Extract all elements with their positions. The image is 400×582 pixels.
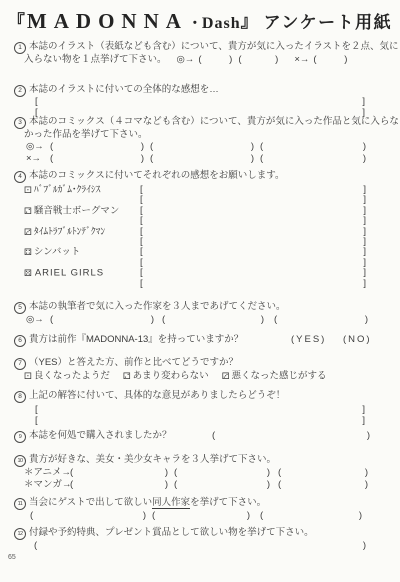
questionnaire-page: 『MADONNA・Dash』アンケート用紙 1本誌のイラスト（表紙なども含む）に…: [0, 0, 400, 582]
answer-line: []: [140, 258, 366, 268]
page-title: 『MADONNA・Dash』アンケート用紙: [0, 7, 400, 34]
comic-title: 騒音戦士ボーグマン: [34, 205, 120, 216]
die-1-icon: ⚀: [24, 371, 32, 381]
good-mark: ◎→: [26, 141, 46, 153]
answer-blank: (): [152, 510, 250, 522]
question-number: 6: [14, 335, 26, 347]
question-12: 12付録や予約特典、プレゼント賞品として欲しい物を挙げて下さい。 (): [0, 527, 400, 552]
answer-blank: (): [313, 54, 347, 66]
title-subname: Dash: [202, 15, 241, 32]
answer-line: []: [140, 227, 366, 237]
question-5-text: 5本誌の執筆者で気に入った作家を３人まであげてください。: [0, 301, 400, 314]
title-open-quote: 『: [8, 12, 25, 31]
answer-blank: (): [274, 314, 368, 326]
answer-line: []: [140, 185, 366, 195]
yes-option: (YES): [291, 334, 326, 345]
question-10: 10貴方が好きな、美女・美少女キャラを３人挙げて下さい。 ＊アニメ→ () ()…: [0, 454, 400, 490]
question-2: 2本誌のイラストに付いての全体的な感想を… [] []: [0, 84, 400, 118]
comic-entry: ⚂ﾀｲﾑﾄﾗﾌﾞﾙﾄﾝﾃﾞｸﾏﾝ []: [0, 227, 400, 237]
question-11-text: 11当会にゲストで出して欲しい同人作家を挙げて下さい。: [0, 497, 400, 510]
answer-line: []: [140, 237, 366, 247]
question-12-text: 12付録や予約特典、プレゼント賞品として欲しい物を挙げて下さい。: [0, 527, 400, 540]
question-7-text: 7（YES）と答えた方、前作と比べてどうですか？: [0, 357, 400, 370]
answer-line: []: [35, 416, 365, 427]
comic-title: ARIEL GIRLS: [35, 268, 104, 279]
answer-line: []: [140, 268, 366, 278]
answer-line: []: [140, 195, 366, 205]
comic-entry: ⚄ARIEL GIRLS []: [0, 268, 400, 278]
question-number: 5: [14, 302, 26, 314]
page-number: 65: [8, 554, 16, 561]
title-separator: ・: [188, 15, 202, 31]
comic-title: ﾀｲﾑﾄﾗﾌﾞﾙﾄﾝﾃﾞｸﾏﾝ: [34, 226, 105, 237]
answer-line: []: [35, 405, 365, 416]
answer-blank: (): [50, 153, 144, 165]
question-number: 7: [14, 358, 26, 370]
die-2-icon: ⚁: [24, 206, 32, 216]
question-1-text: 1本誌のイラスト（表紙なども含む）について、貴方が気に入ったイラストを２点、気に: [0, 41, 400, 54]
bad-mark: ×→: [294, 54, 309, 66]
answer-blank: (): [150, 141, 254, 153]
answer-blank: (): [34, 540, 366, 552]
question-11: 11当会にゲストで出して欲しい同人作家を挙げて下さい。 () () (): [0, 497, 400, 522]
answer-line: []: [140, 216, 366, 226]
answer-blank: (): [150, 153, 254, 165]
question-number: 2: [14, 85, 26, 97]
answer-blank: (): [278, 467, 368, 479]
option-same: ⚁あまり変わらない: [123, 370, 209, 383]
answer-blank: (): [70, 467, 168, 479]
die-1-icon: ⚀: [24, 185, 32, 195]
manga-row-label: ＊マンガ→: [24, 479, 70, 491]
question-9: 9本誌を何処で購入されましたか？ (): [0, 430, 400, 442]
answer-blank: (): [162, 314, 264, 326]
answer-blank: (): [260, 510, 362, 522]
comic-entry: ⚁騒音戦士ボーグマン []: [0, 206, 400, 216]
question-7: 7（YES）と答えた方、前作と比べてどうですか？ ⚀良くなったようだ ⚁あまり変…: [0, 357, 400, 383]
answer-blank: (): [70, 479, 168, 491]
die-3-icon: ⚂: [222, 371, 230, 381]
question-3-text-line2: かった作品を挙げて下さい。: [0, 129, 400, 141]
comic-entry: ⚀ﾊﾞﾌﾞﾙｶﾞﾑ･ｸﾗｲｼｽ []: [0, 185, 400, 195]
question-number: 8: [14, 391, 26, 403]
question-3: 3本誌のコミックス（４コマなども含む）について、貴方が気に入った作品と気に入らな…: [0, 116, 400, 164]
comic-entry: ⚃シンバット []: [0, 247, 400, 257]
answer-blank: (): [260, 153, 366, 165]
comic-title: ﾊﾞﾌﾞﾙｶﾞﾑ･ｸﾗｲｼｽ: [34, 185, 101, 196]
good-mark: ◎→: [26, 314, 46, 326]
question-number: 9: [14, 431, 26, 443]
question-1-text-line2: 入らない物を１点挙げて下さい。: [24, 54, 167, 66]
question-4: 4本誌のコミックスに付いてそれぞれの感想をお願いします。 ⚀ﾊﾞﾌﾞﾙｶﾞﾑ･ｸ…: [0, 170, 400, 289]
question-number: 10: [14, 455, 26, 467]
die-2-icon: ⚁: [123, 371, 131, 381]
die-4-icon: ⚃: [24, 247, 32, 257]
answer-blank: (): [212, 430, 370, 441]
answer-line: []: [140, 206, 366, 216]
title-name: MADONNA: [27, 9, 188, 33]
option-worse: ⚂悪くなった感じがする: [222, 370, 327, 383]
answer-blank: (): [278, 479, 368, 491]
anime-row-label: ＊アニメ→: [24, 467, 70, 479]
answer-blank: (): [50, 141, 144, 153]
good-mark: ◎→: [177, 54, 195, 66]
question-10-text: 10貴方が好きな、美女・美少女キャラを３人挙げて下さい。: [0, 454, 400, 467]
no-option: (NO): [343, 334, 372, 345]
question-2-text: 2本誌のイラストに付いての全体的な感想を…: [0, 84, 400, 97]
answer-blank: (): [174, 479, 270, 491]
title-close-quote: 』: [241, 12, 258, 31]
die-5-icon: ⚄: [24, 268, 33, 278]
question-number: 11: [14, 498, 26, 510]
option-better: ⚀良くなったようだ: [24, 370, 110, 383]
question-number: 12: [14, 528, 26, 540]
answer-blank: (): [174, 467, 270, 479]
answer-blank: (): [198, 54, 232, 66]
question-8: 8上記の解答に付いて、具体的な意見がありましたらどうぞ！ [] []: [0, 390, 400, 426]
answer-blank: (): [238, 54, 278, 66]
answer-line: []: [140, 247, 366, 257]
question-1: 1本誌のイラスト（表紙なども含む）について、貴方が気に入ったイラストを２点、気に…: [0, 41, 400, 66]
question-6: 6貴方は前作『MADONNA-13』を持っていますか？ (YES) (NO): [0, 334, 400, 346]
answer-blank: (): [50, 314, 154, 326]
question-6-text: 6貴方は前作『MADONNA-13』を持っていますか？: [0, 334, 400, 347]
question-number: 4: [14, 171, 26, 183]
title-suffix: アンケート用紙: [264, 13, 392, 32]
comic-title: シンバット: [34, 247, 81, 258]
answer-line: []: [140, 279, 366, 289]
question-3-text: 3本誌のコミックス（４コマなども含む）について、貴方が気に入った作品と気に入らな: [0, 116, 400, 129]
question-4-text: 4本誌のコミックスに付いてそれぞれの感想をお願いします。: [0, 170, 400, 183]
question-5: 5本誌の執筆者で気に入った作家を３人まであげてください。 ◎→ () () (): [0, 301, 400, 326]
answer-blank: (): [30, 510, 146, 522]
bad-mark: ×→: [26, 153, 46, 165]
question-number: 3: [14, 117, 26, 129]
question-number: 1: [14, 42, 26, 54]
underlined-term: 同人作家: [152, 497, 190, 509]
question-8-text: 8上記の解答に付いて、具体的な意見がありましたらどうぞ！: [0, 390, 400, 403]
die-3-icon: ⚂: [24, 227, 32, 237]
answer-blank: (): [260, 141, 366, 153]
answer-line: []: [35, 97, 365, 108]
